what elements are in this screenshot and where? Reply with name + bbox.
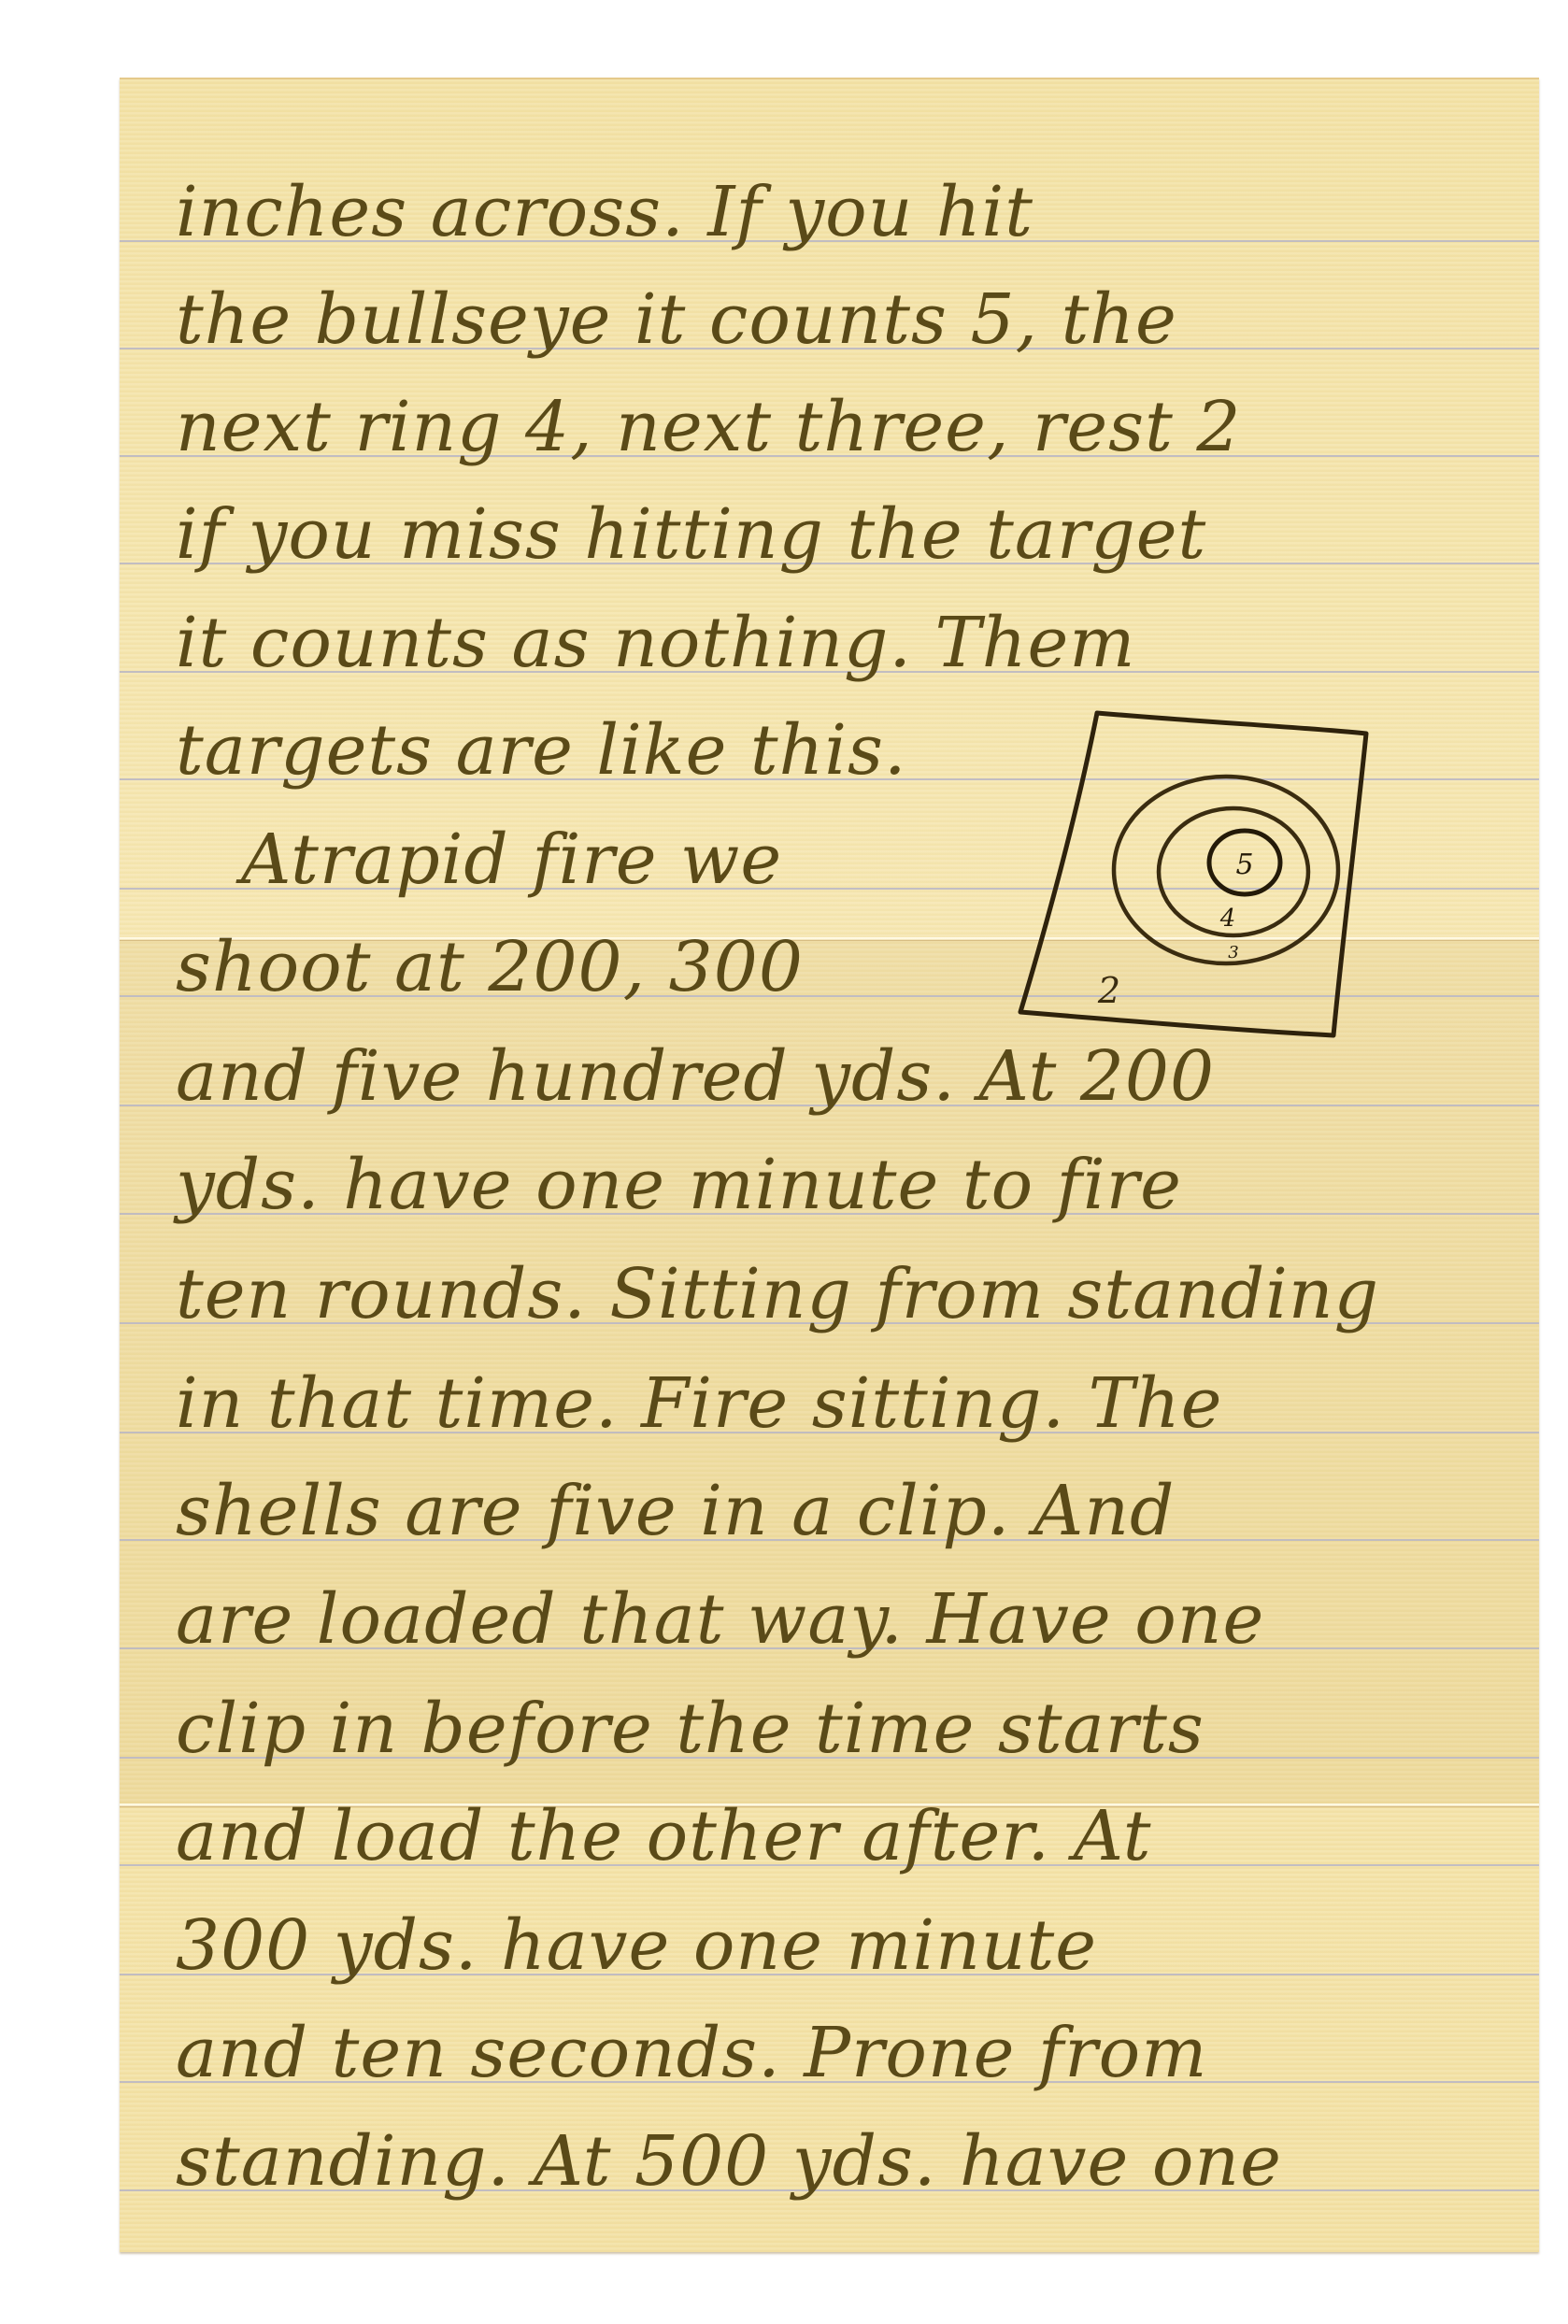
text-line: are loaded that way. Have one <box>176 1585 1264 1654</box>
text-line: the bullseye it counts 5, the <box>176 285 1177 354</box>
bullseye-target-icon: 5 4 3 2 <box>1020 713 1376 1040</box>
text-line: targets are like this. <box>176 716 907 785</box>
text-line: and five hundred yds. At 200 <box>176 1042 1215 1111</box>
ring-label-5: 5 <box>1235 848 1253 881</box>
text-line: and load the other after. At <box>176 1802 1151 1871</box>
text-line: 300 yds. have one minute <box>176 1911 1097 1980</box>
ring-label-3: 3 <box>1228 943 1238 962</box>
letter-page: inches across. If you hit the bullseye i… <box>120 78 1539 2252</box>
text-line: Atrapid fire we <box>241 825 782 894</box>
text-line: next ring 4, next three, rest 2 <box>176 392 1242 462</box>
text-line: and ten seconds. Prone from <box>176 2018 1207 2088</box>
ring-label-2: 2 <box>1097 970 1120 1011</box>
target-drawing: 5 4 3 2 <box>1020 713 1376 1040</box>
text-line: ten rounds. Sitting from standing <box>176 1260 1379 1329</box>
text-line: if you miss hitting the target <box>176 500 1206 569</box>
text-line: it counts as nothing. Them <box>176 608 1135 677</box>
text-line: standing. At 500 yds. have one <box>176 2127 1282 2196</box>
text-line: shells are five in a clip. And <box>176 1476 1175 1546</box>
text-line: in that time. Fire sitting. The <box>176 1369 1222 1438</box>
text-line: yds. have one minute to fire <box>176 1150 1182 1219</box>
text-line: clip in before the time starts <box>176 1694 1205 1763</box>
text-line: inches across. If you hit <box>176 178 1033 247</box>
ring-label-4: 4 <box>1219 905 1236 933</box>
text-line: shoot at 200, 300 <box>176 933 804 1002</box>
